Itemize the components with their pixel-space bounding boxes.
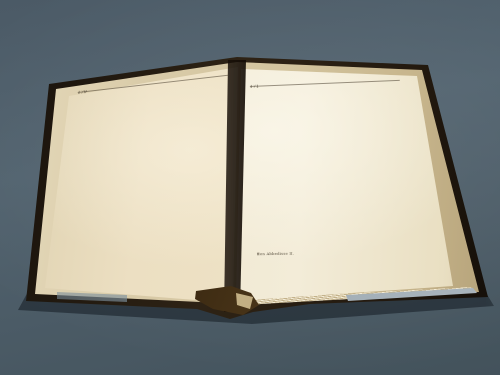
photo-vignette <box>0 0 500 375</box>
photo-open-book: 170 „Ik voel mij zoo vreemd te moede, al… <box>0 0 500 375</box>
